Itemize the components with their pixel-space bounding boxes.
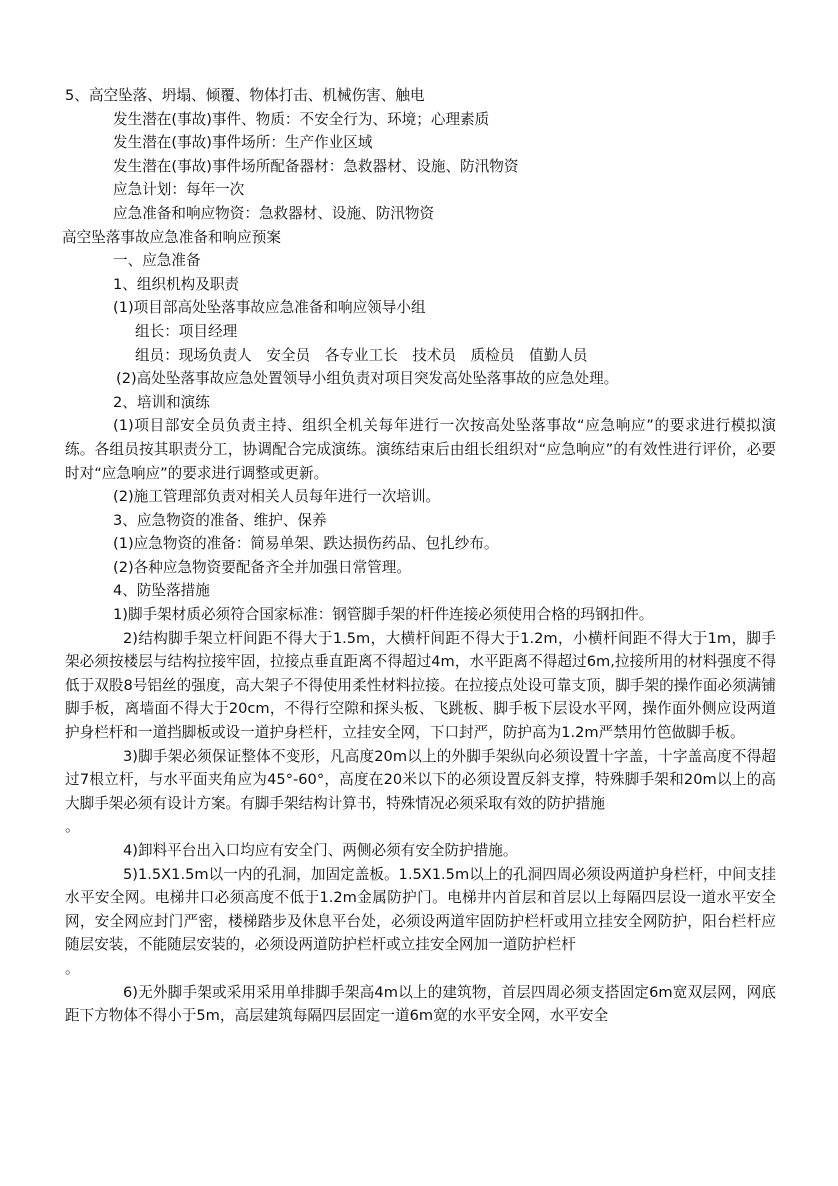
measure-4: 4)卸料平台出入口均应有安全门、两侧必须有安全防护措施。 <box>65 839 776 863</box>
hazard-line-1: 发生潜在(事故)事件、物质：不安全行为、环境；心理素质 <box>65 108 776 132</box>
hazard-line-3: 发生潜在(事故)事件场所配备器材：急救器材、设施、防汛物资 <box>65 155 776 179</box>
section-1-heading: 一、应急准备 <box>65 249 776 273</box>
measure-6: 6)无外脚手架或采用采用单排脚手架高4m以上的建筑物，首层四周必须支搭固定6m宽… <box>65 981 776 1028</box>
measure-2: 2)结构脚手架立杆间距不得大于1.5m，大横杆间距不得大于1.2m，小横杆间距不… <box>65 627 776 745</box>
subsection-1-heading: 1、组织机构及职责 <box>65 273 776 297</box>
supplies-item-2: (2)各种应急物资要配备齐全并加强日常管理。 <box>65 556 776 580</box>
group-members: 组员：现场负责人 安全员 各专业工长 技术员 质检员 值勤人员 <box>65 344 776 368</box>
subsection-3-heading: 3、应急物资的准备、维护、保养 <box>65 509 776 533</box>
hazard-title: 5、高空坠落、坍塌、倾覆、物体打击、机械伤害、触电 <box>65 84 776 108</box>
org-item-2: (2)高处坠落事故应急处置领导小组负责对项目突发高处坠落事故的应急处理。 <box>65 367 776 391</box>
group-leader: 组长：项目经理 <box>65 320 776 344</box>
training-item-1: (1)项目部安全员负责主持、组织全机关每年进行一次按高处坠落事故“应急响应”的要… <box>65 414 776 485</box>
hazard-line-4: 应急计划：每年一次 <box>65 178 776 202</box>
hazard-line-5: 应急准备和响应物资：急救器材、设施、防汛物资 <box>65 202 776 226</box>
subsection-2-heading: 2、培训和演练 <box>65 391 776 415</box>
supplies-item-1: (1)应急物资的准备：简易单架、跌达损伤药品、包扎纱布。 <box>65 532 776 556</box>
measure-5-tail: 。 <box>65 957 776 981</box>
measure-5: 5)1.5X1.5m以一内的孔洞，加固定盖板。1.5X1.5m以上的孔洞四周必须… <box>65 863 776 957</box>
measure-1: 1)脚手架材质必须符合国家标准：钢管脚手架的杆件连接必须使用合格的玛钢扣件。 <box>65 603 776 627</box>
org-item-1: (1)项目部高处坠落事故应急准备和响应领导小组 <box>65 296 776 320</box>
subsection-4-heading: 4、防坠落措施 <box>65 579 776 603</box>
document-page: 5、高空坠落、坍塌、倾覆、物体打击、机械伤害、触电 发生潜在(事故)事件、物质：… <box>65 84 776 1028</box>
hazard-line-2: 发生潜在(事故)事件场所：生产作业区域 <box>65 131 776 155</box>
training-item-2: (2)施工管理部负责对相关人员每年进行一次培训。 <box>65 485 776 509</box>
plan-title: 高空坠落事故应急准备和响应预案 <box>62 226 776 250</box>
measure-3: 3)脚手架必须保证整体不变形，凡高度20m以上的外脚手架纵向必须设置十字盖，十字… <box>65 745 776 816</box>
measure-3-tail: 。 <box>65 815 776 839</box>
